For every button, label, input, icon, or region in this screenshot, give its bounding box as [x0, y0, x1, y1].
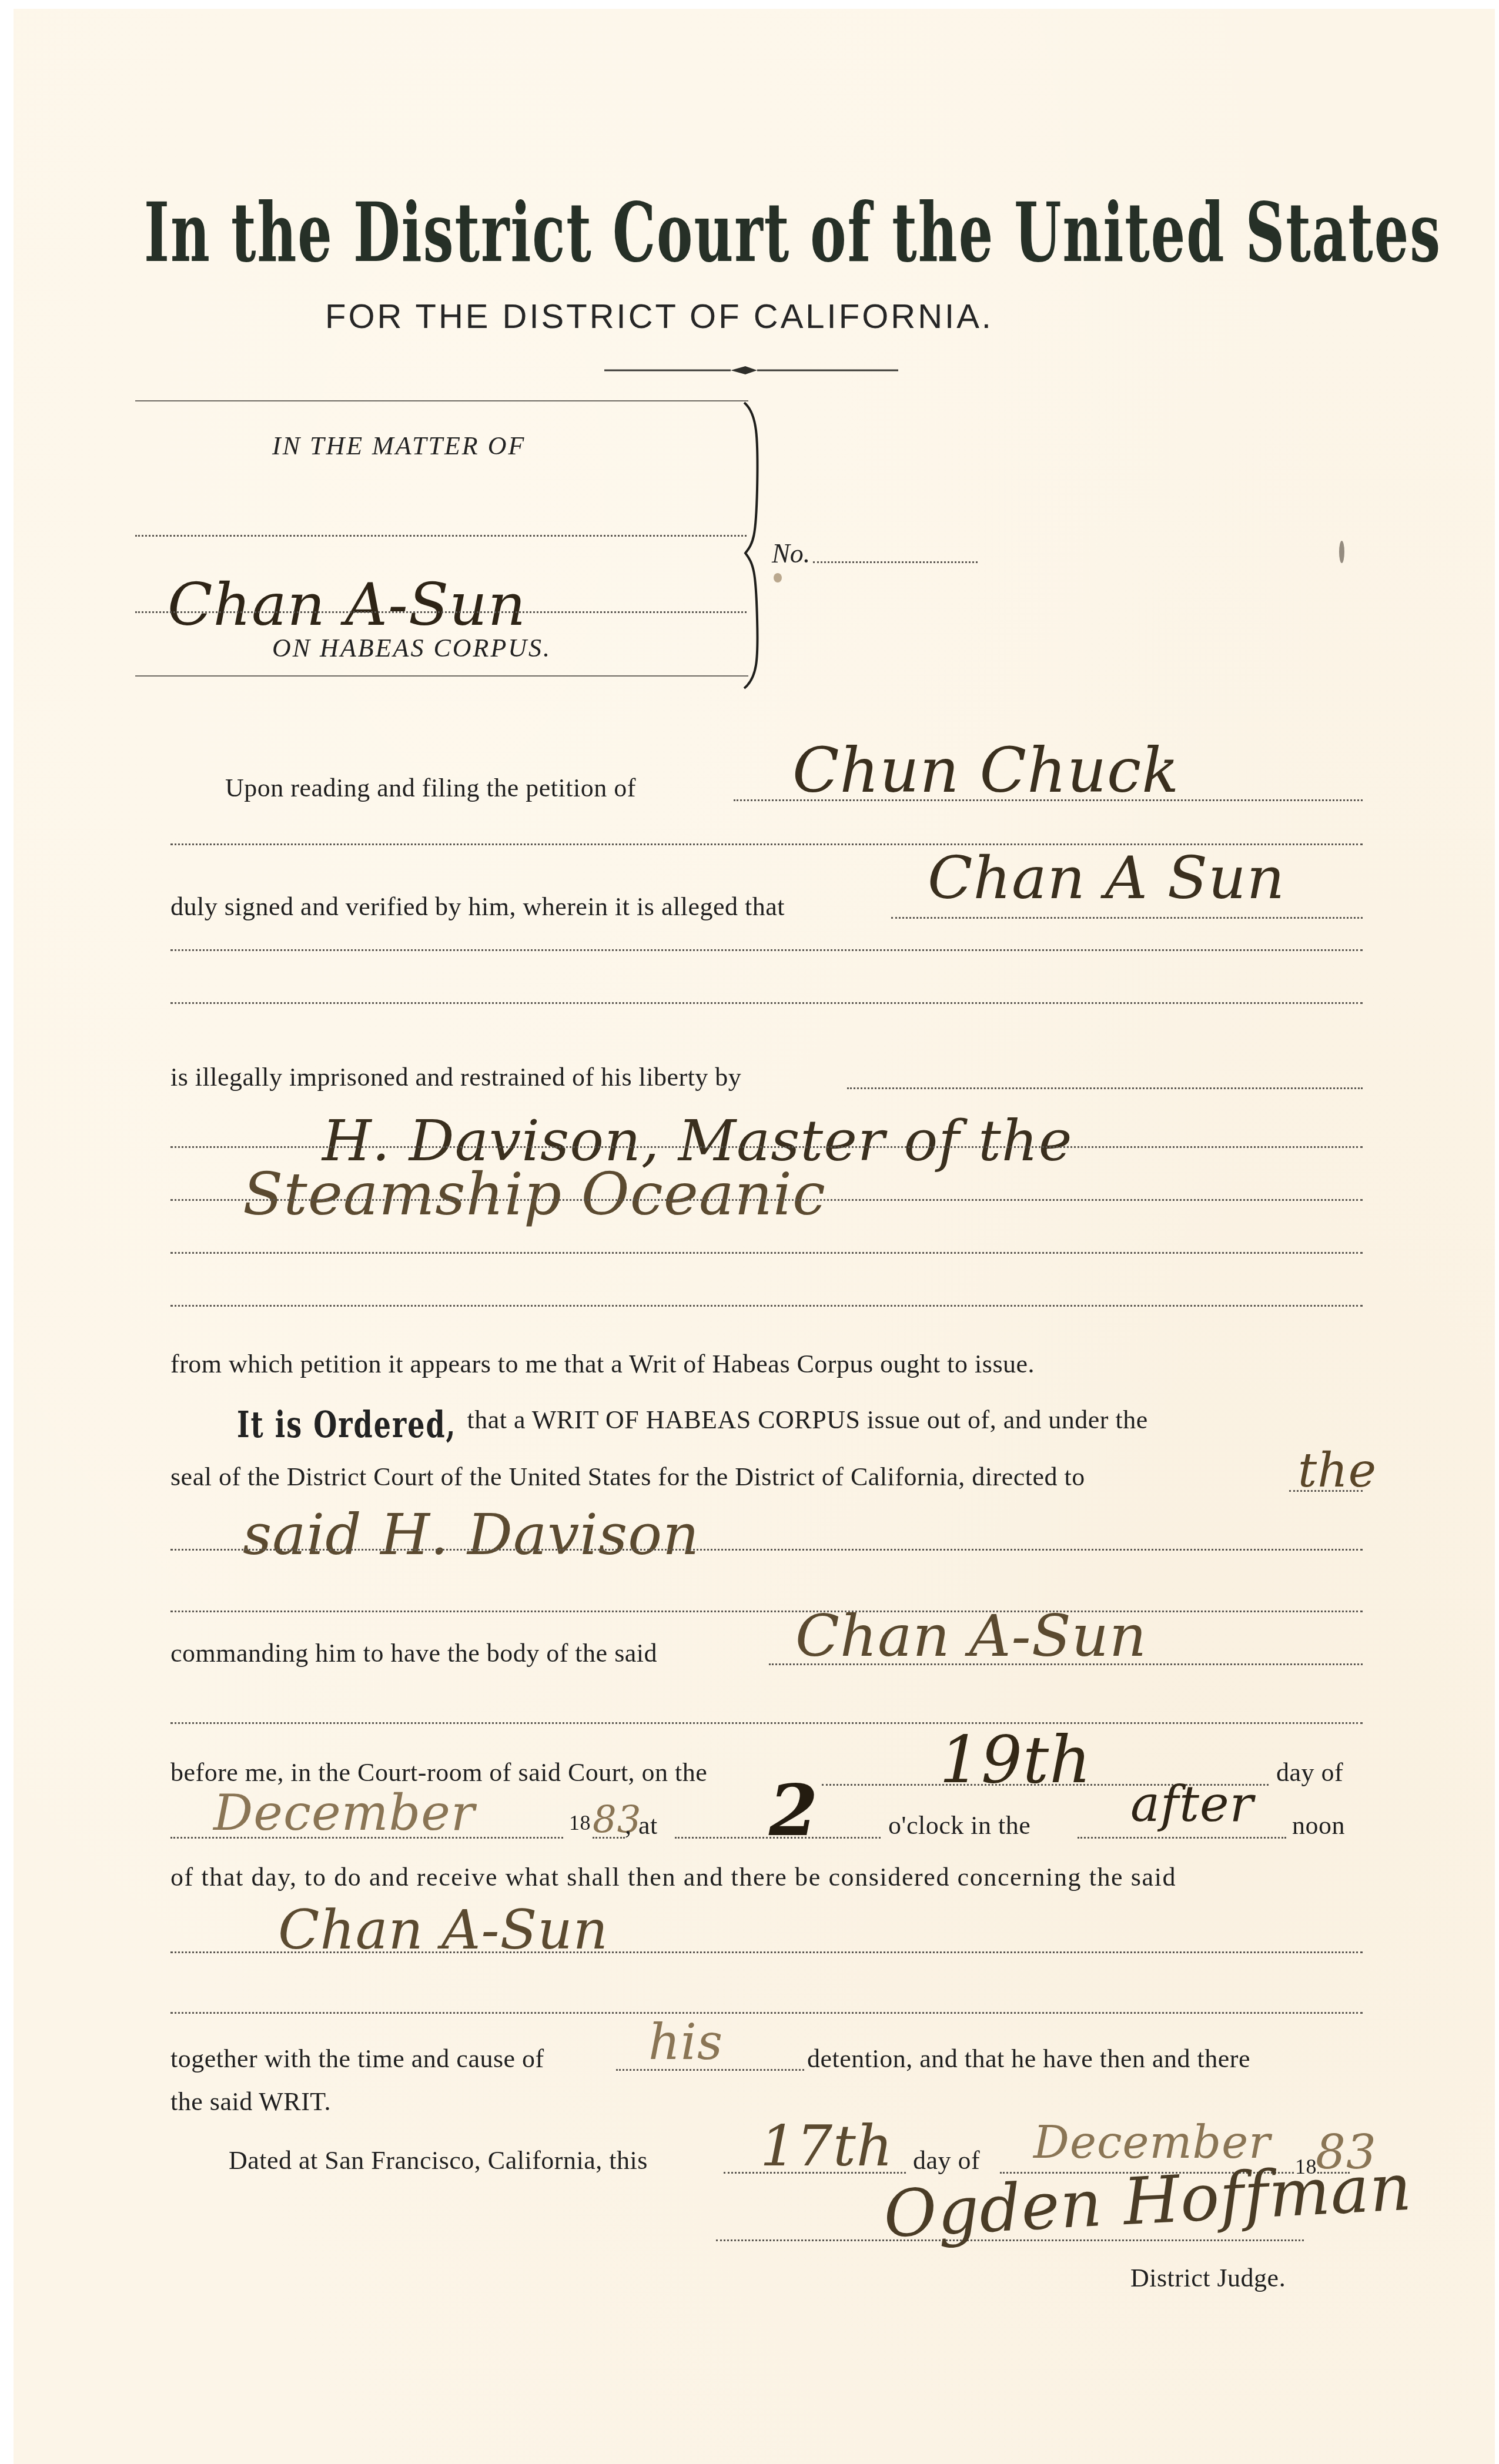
on-habeas-corpus-label: ON HABEAS CORPUS. [272, 633, 551, 663]
hearing-period-field[interactable] [1078, 1837, 1286, 1839]
body-of-handwritten: Chan A-Sun [795, 1603, 1147, 1670]
alleged-field-cont-2[interactable] [170, 1002, 1363, 1004]
noon-label: noon [1292, 1810, 1345, 1840]
concerning-the-said-label: of that day, to do and receive what shal… [170, 1862, 1176, 1892]
petitioner-handwritten: Chun Chuck [792, 735, 1179, 806]
hearing-month-handwritten: December [213, 1784, 475, 1842]
order-text: that a WRIT OF HABEAS CORPUS issue out o… [467, 1405, 1148, 1434]
directed-to-field-cont-1[interactable] [170, 1549, 1363, 1551]
time-and-cause-label: together with the time and cause of [170, 2044, 544, 2074]
directed-to-handwritten-b: said H. Davison [243, 1502, 700, 1568]
concerning-field-cont[interactable] [170, 2012, 1363, 2014]
case-number-field[interactable] [813, 561, 978, 563]
petition-of-label: Upon reading and filing the petition of [225, 773, 636, 803]
order-clause: It is Ordered, that a WRIT OF HABEAS COR… [237, 1403, 1148, 1435]
directed-to-field-cont-2[interactable] [170, 1611, 1363, 1612]
dated-day-of-label: day of [913, 2145, 980, 2175]
directed-to-label: seal of the District Court of the United… [170, 1462, 1085, 1492]
the-said-writ-text: the said WRIT. [170, 2087, 331, 2117]
caption-blank-line-2[interactable] [135, 611, 747, 613]
hearing-year-prefix: 18 [569, 1810, 591, 1835]
dated-day-handwritten: 17th [760, 2113, 894, 2179]
district-judge-title: District Judge. [1130, 2263, 1286, 2293]
dated-at-label: Dated at San Francisco, California, this [229, 2145, 648, 2175]
caption-top-rule [135, 400, 748, 401]
concerning-field[interactable] [170, 1951, 1363, 1953]
oclock-label: o'clock in the [888, 1810, 1030, 1840]
hearing-period-handwritten: after [1130, 1775, 1254, 1833]
restrainer-field[interactable] [847, 1087, 1363, 1089]
restrainer-field-cont-3[interactable] [170, 1252, 1363, 1254]
detention-label: detention, and that he have then and the… [807, 2044, 1250, 2074]
hearing-hour-handwritten: 2 [769, 1769, 819, 1852]
caption-blank-line-1[interactable] [135, 535, 747, 537]
body-of-the-said-label: commanding him to have the body of the s… [170, 1638, 657, 1668]
brace-icon [740, 401, 775, 692]
restrainer-field-cont-1[interactable] [170, 1146, 1363, 1148]
alleged-person-handwritten: Chan A Sun [928, 843, 1285, 912]
alleged-that-label: duly signed and verified by him, wherein… [170, 892, 785, 922]
restrainer-field-cont-4[interactable] [170, 1305, 1363, 1307]
caption-bottom-rule [135, 675, 748, 677]
court-district-subtitle: FOR THE DISTRICT OF CALIFORNIA. [325, 297, 993, 336]
day-of-label: day of [1276, 1757, 1343, 1787]
alleged-field-cont-1[interactable] [170, 949, 1363, 951]
restrained-by-label: is illegally imprisoned and restrained o… [170, 1062, 741, 1092]
writ-ought-to-issue-text: from which petition it appears to me tha… [170, 1349, 1035, 1379]
party-name-handwritten: Chan A-Sun [168, 570, 526, 639]
case-number-label: No. [772, 538, 810, 569]
ink-stain [1339, 541, 1344, 563]
body-of-field-cont[interactable] [170, 1722, 1363, 1724]
restrainer-handwritten-line2: Steamship Oceanic [243, 1160, 826, 1228]
hearing-day-handwritten: 19th [939, 1722, 1092, 1797]
alleged-person-field[interactable] [891, 917, 1363, 919]
ink-stain [774, 573, 782, 582]
restrainer-field-cont-2[interactable] [170, 1199, 1363, 1201]
directed-to-handwritten-a: the [1298, 1443, 1377, 1498]
it-is-ordered-heading: It is Ordered, [237, 1403, 457, 1446]
document-page: In the District Court of the United Stat… [14, 9, 1495, 2464]
at-label: , at [625, 1810, 658, 1840]
in-the-matter-of-label: IN THE MATTER OF [272, 431, 526, 461]
court-room-label: before me, in the Court-room of said Cou… [170, 1757, 707, 1787]
ornament-divider-icon [604, 364, 898, 379]
court-title: In the District Court of the United Stat… [144, 185, 1441, 280]
detention-cause-handwritten: his [648, 2013, 723, 2071]
